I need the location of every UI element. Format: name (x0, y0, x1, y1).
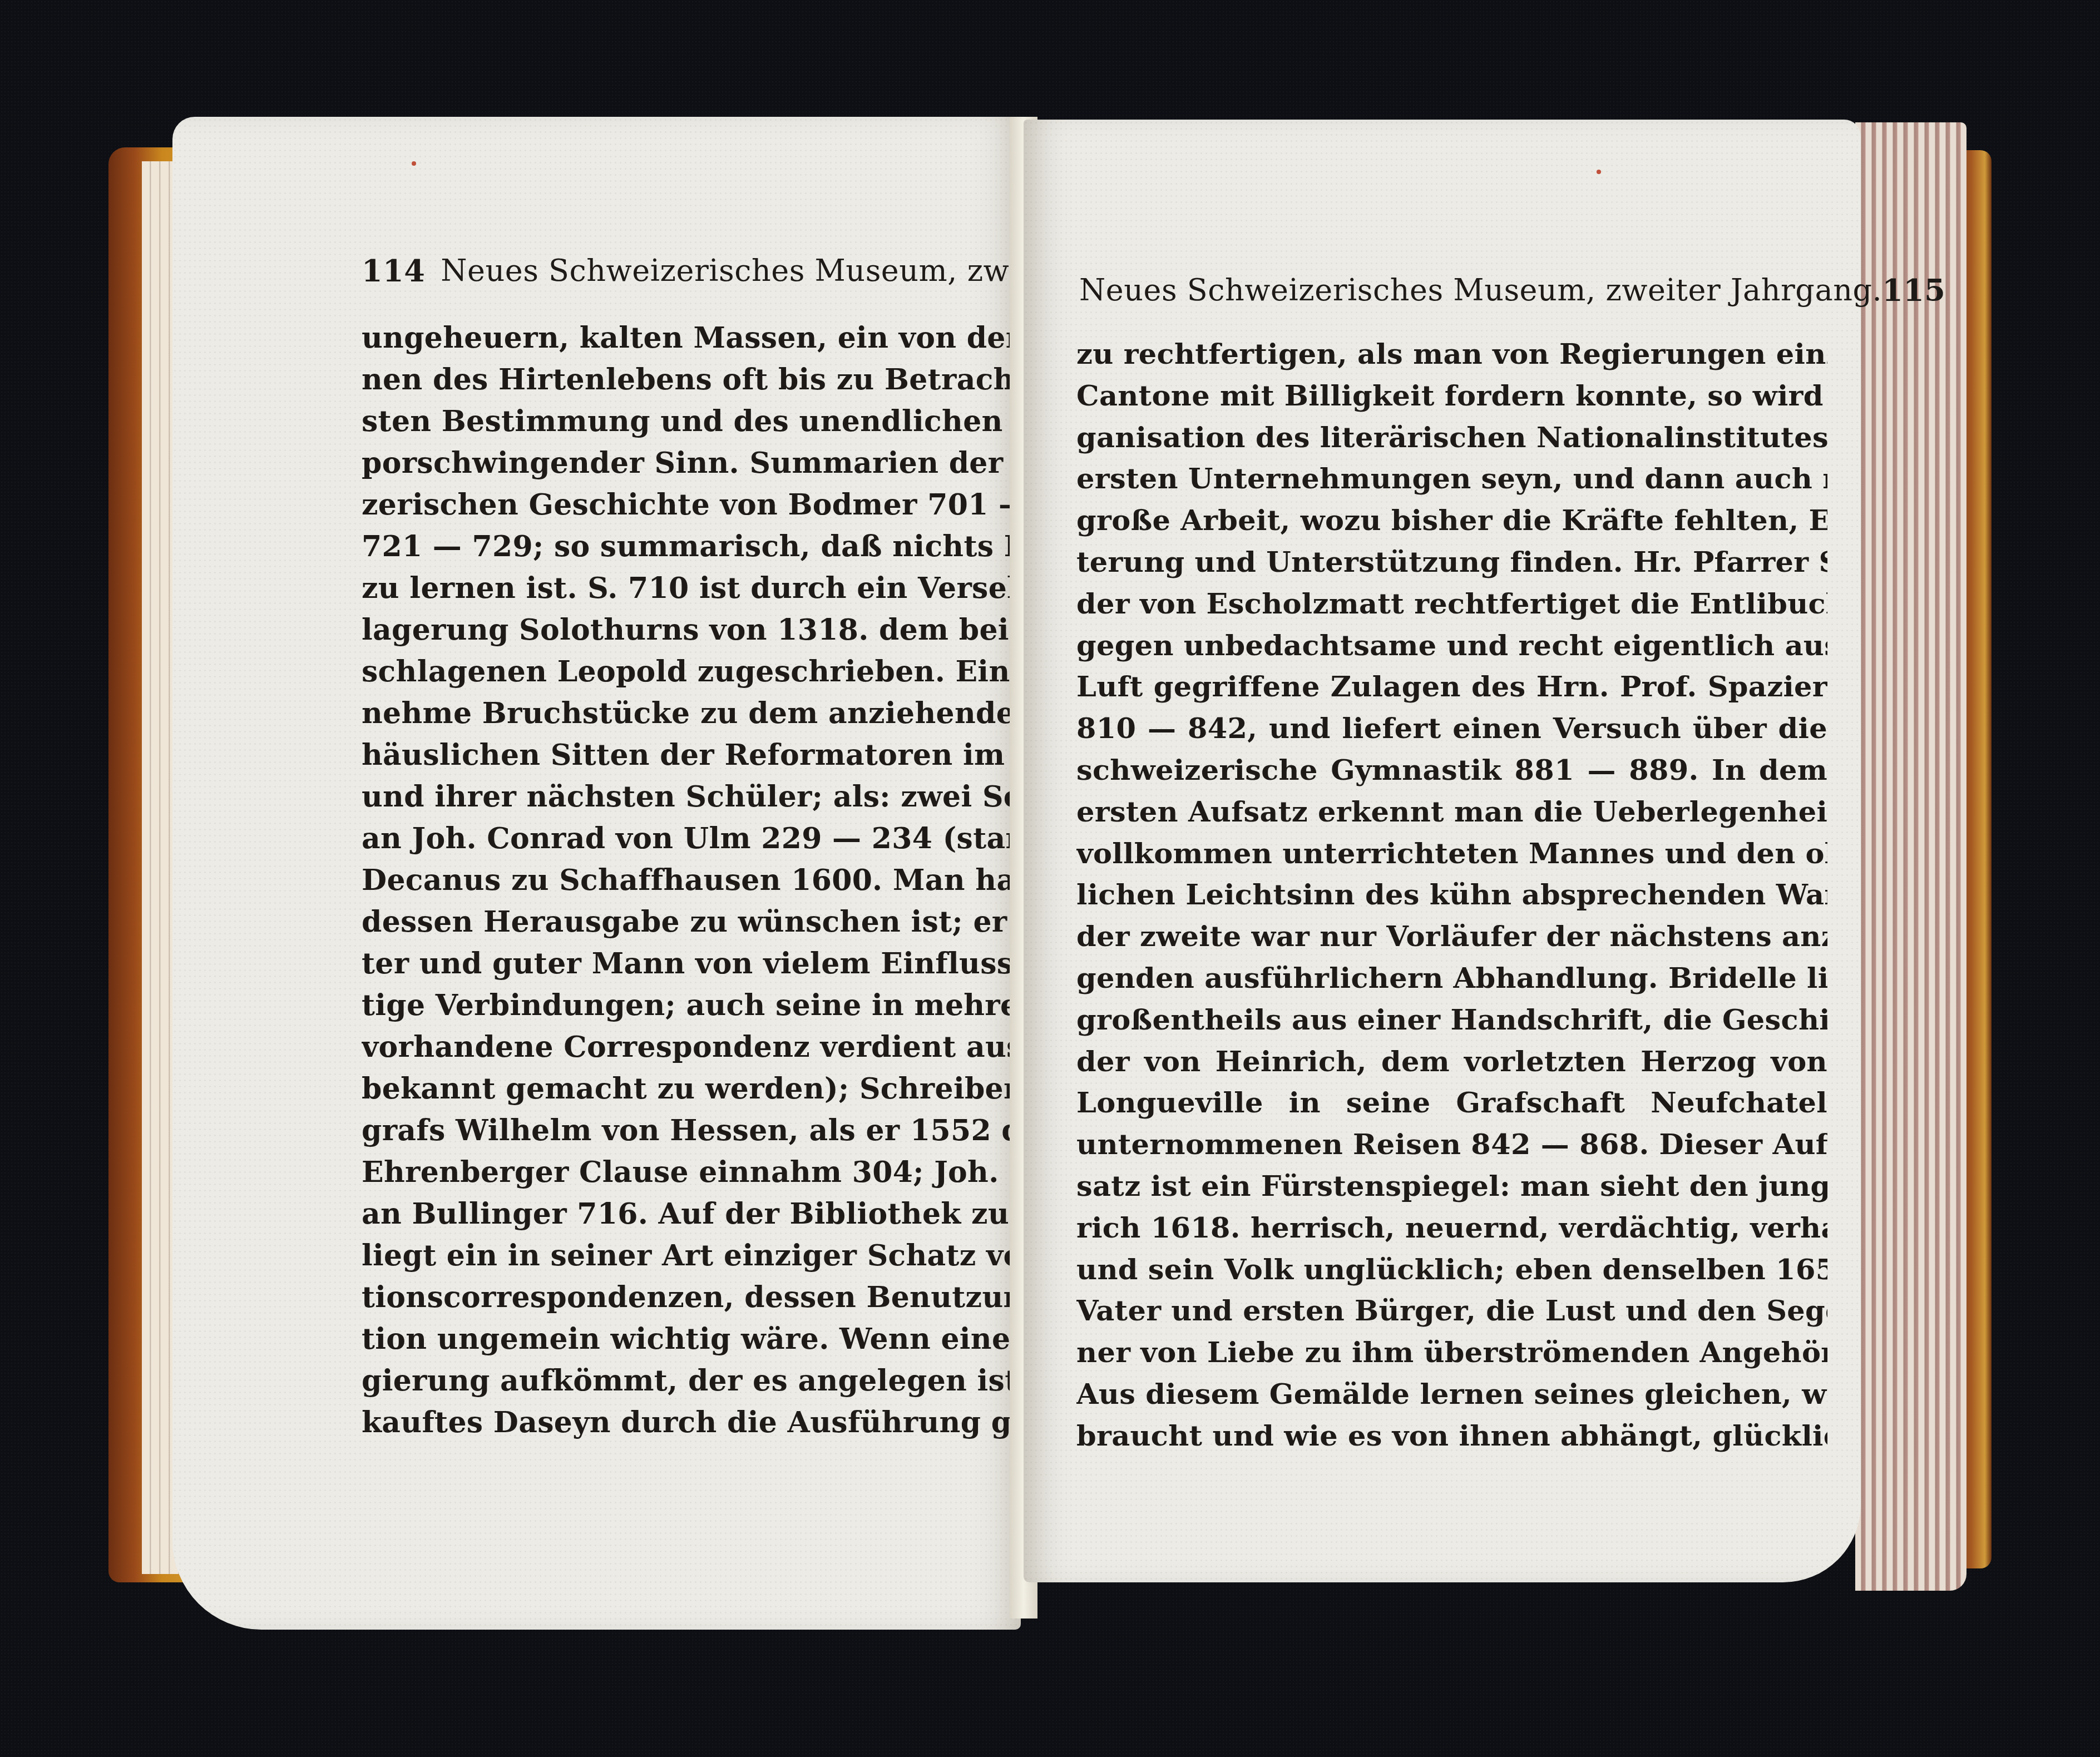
text-line: ganisation des literärischen Nationalins… (1076, 417, 1827, 459)
text-line: Cantone mit Billigkeit fordern konnte, s… (1076, 375, 1827, 417)
text-line: ter und guter Mann von vielem Einflusse … (362, 943, 1012, 984)
right-page-body: zu rechtfertigen, als man von Regierunge… (1076, 334, 1827, 1457)
left-page-body: ungeheuern, kalten Massen, ein von den E… (362, 317, 1012, 1443)
text-line: sten Bestimmung und des unendlichen Urhe… (362, 400, 1012, 442)
page-number: 115 (1882, 273, 1945, 308)
text-line: der von Heinrich, dem vorletzten Herzog … (1076, 1041, 1827, 1083)
running-head-title: Neues Schweizerisches Museum, zweiter Ja… (1079, 273, 1882, 308)
text-line: zu rechtfertigen, als man von Regierunge… (1076, 334, 1827, 375)
text-line: ersten Unternehmungen seyn, und dann auc… (1076, 458, 1827, 500)
text-line: vorhandene Correspondenz verdient auszug… (362, 1026, 1012, 1068)
text-line: 721 — 729; so summarisch, daß nichts Neu… (362, 526, 1012, 567)
foxing-spot (1597, 170, 1601, 174)
text-line: Longueville in seine Grafschaft Neufchat… (1076, 1082, 1827, 1124)
text-line: nen des Hirtenlebens oft bis zu Betracht… (362, 359, 1012, 400)
text-line: tige Verbindungen; auch seine in mehrere… (362, 984, 1012, 1026)
text-line: an Bullinger 716. Auf der Bibliothek zu … (362, 1193, 1012, 1235)
text-line: zerischen Geschichte von Bodmer 701 — 71… (362, 484, 1012, 526)
text-line: lagerung Solothurns von 1318. dem bei Se… (362, 609, 1012, 651)
text-line: satz ist ein Fürstenspiegel: man sieht d… (1076, 1166, 1827, 1207)
text-line: und ihrer nächsten Schüler; als: zwei Sc… (362, 776, 1012, 818)
text-line: ner von Liebe zu ihm überströmenden Ange… (1076, 1332, 1827, 1374)
text-line: Luft gegriffene Zulagen des Hrn. Prof. S… (1076, 666, 1827, 708)
text-line: ungeheuern, kalten Massen, ein von den E… (362, 317, 1012, 359)
text-line: kauftes Daseyn durch die Ausführung größ… (362, 1402, 1012, 1443)
text-line: braucht und wie es von ihnen abhängt, gl… (1076, 1416, 1827, 1457)
left-page: 114 Neues Schweizerisches Museum, zweite… (172, 117, 1021, 1630)
text-line: lichen Leichtsinn des kühn absprechenden… (1076, 874, 1827, 916)
text-line: Decanus zu Schaffhausen 1600. Man hat se… (362, 859, 1012, 901)
text-line: unternommenen Reisen 842 — 868. Dieser A… (1076, 1124, 1827, 1166)
text-line: ersten Aufsatz erkennt man die Ueberlege… (1076, 791, 1827, 833)
left-running-head: 114 Neues Schweizerisches Museum, zweite… (362, 253, 985, 289)
foxing-spot (412, 161, 416, 166)
text-line: genden ausführlichern Abhandlung. Bridel… (1076, 958, 1827, 999)
text-line: tion ungemein wichtig wäre. Wenn eine Ce… (362, 1318, 1012, 1360)
text-line: Vater und ersten Bürger, die Lust und de… (1076, 1290, 1827, 1332)
text-line: großentheils aus einer Handschrift, die … (1076, 999, 1827, 1041)
text-line: an Joh. Conrad von Ulm 229 — 234 (starb … (362, 818, 1012, 859)
text-line: Ehrenberger Clause einnahm 304; Joh. Fab… (362, 1151, 1012, 1193)
open-book: 114 Neues Schweizerisches Museum, zweite… (0, 0, 2100, 1757)
text-line: bekannt gemacht zu werden); Schreiben La… (362, 1068, 1012, 1110)
text-line: und sein Volk unglücklich; eben denselbe… (1076, 1249, 1827, 1291)
text-line: tionscorrespondenzen, dessen Benutzung u… (362, 1276, 1012, 1318)
text-line: nehme Bruchstücke zu dem anziehenden Gem… (362, 692, 1012, 734)
text-line: porschwingender Sinn. Summarien der schw… (362, 442, 1012, 484)
right-page: Neues Schweizerisches Museum, zweiter Ja… (1024, 120, 1861, 1582)
text-line: gegen unbedachtsame und recht eigentlich… (1076, 625, 1827, 667)
text-line: terung und Unterstützung finden. Hr. Pfa… (1076, 542, 1827, 583)
text-line: rich 1618. herrisch, neuernd, verdächtig… (1076, 1207, 1827, 1249)
text-line: schweizerische Gymnastik 881 — 889. In d… (1076, 750, 1827, 791)
text-line: zu lernen ist. S. 710 ist durch ein Vers… (362, 567, 1012, 609)
text-line: liegt ein in seiner Art einziger Schatz … (362, 1235, 1012, 1276)
page-number: 114 (362, 253, 425, 289)
right-running-head: Neues Schweizerisches Museum, zweiter Ja… (1079, 273, 1825, 308)
text-line: gierung aufkömmt, der es angelegen ist, … (362, 1360, 1012, 1402)
text-line: 810 — 842, und liefert einen Versuch übe… (1076, 708, 1827, 750)
right-page-edges (1855, 122, 1966, 1591)
text-line: dessen Herausgabe zu wünschen ist; er wa… (362, 901, 1012, 943)
text-line: Aus diesem Gemälde lernen seines gleiche… (1076, 1374, 1827, 1416)
text-line: der zweite war nur Vorläufer der nächste… (1076, 916, 1827, 958)
text-line: große Arbeit, wozu bisher die Kräfte feh… (1076, 500, 1827, 542)
text-line: grafs Wilhelm von Hessen, als er 1552 di… (362, 1110, 1012, 1151)
text-line: häuslichen Sitten der Reformatoren im XV… (362, 734, 1012, 776)
text-line: schlagenen Leopold zugeschrieben. Einige… (362, 651, 1012, 692)
text-line: vollkommen unterrichteten Mannes und den… (1076, 833, 1827, 875)
text-line: der von Escholzmatt rechtfertiget die En… (1076, 583, 1827, 625)
